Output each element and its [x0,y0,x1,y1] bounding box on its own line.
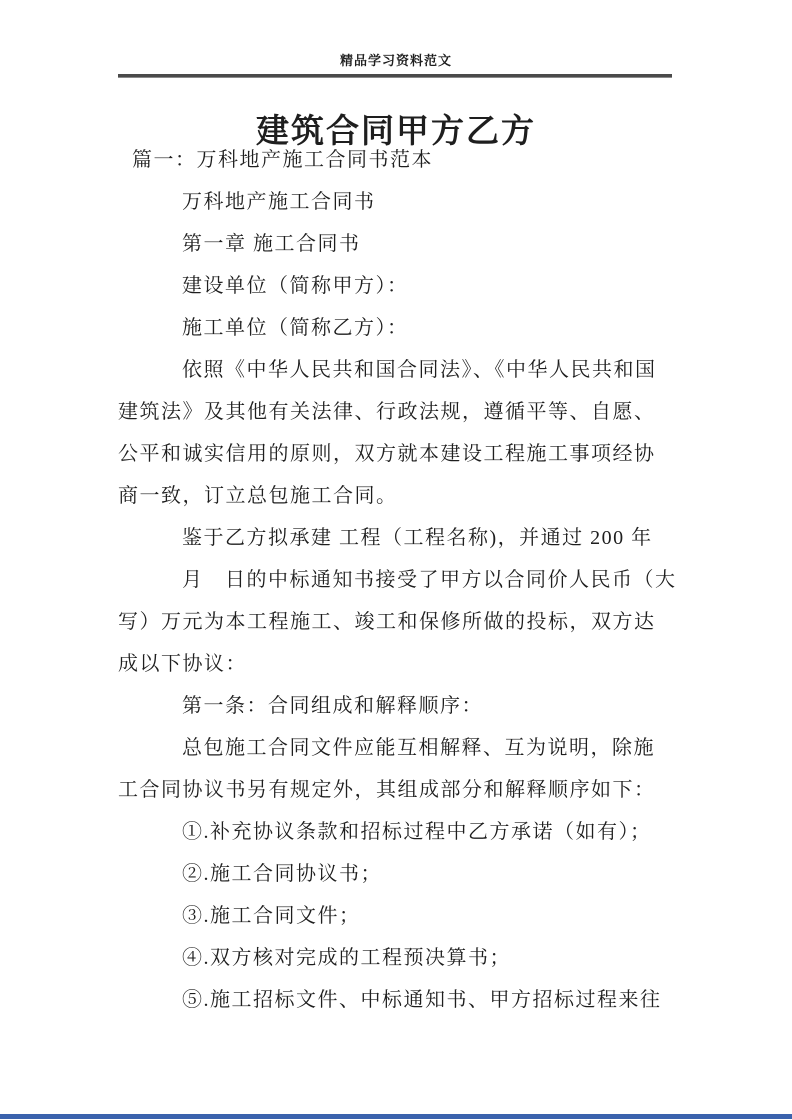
body-line: ③.施工合同文件； [118,895,678,937]
body-line: 工合同协议书另有规定外，其组成部分和解释顺序如下： [118,769,678,811]
body-line: 第一条：合同组成和解释顺序： [118,685,678,727]
body-line: ①.补充协议条款和招标过程中乙方承诺（如有）； [118,811,678,853]
body-line: 公平和诚实信用的原则，双方就本建设工程施工事项经协 [118,433,678,475]
body-line: 施工单位（简称乙方）： [118,307,678,349]
header-rule [118,74,672,78]
document-page: 精品学习资料范文 建筑合同甲方乙方 篇一：万科地产施工合同书范本万科地产施工合同… [0,0,792,1120]
body-line: 建设单位（简称甲方）： [118,265,678,307]
body-line: ⑤.施工招标文件、中标通知书、甲方招标过程来往 [118,979,678,1021]
body-line: 篇一：万科地产施工合同书范本 [118,139,678,181]
document-body: 篇一：万科地产施工合同书范本万科地产施工合同书第一章 施工合同书建设单位（简称甲… [118,139,678,1021]
body-line: 月 日的中标通知书接受了甲方以合同价人民币（大 [118,559,678,601]
body-line: 依照《中华人民共和国合同法》、《中华人民共和国 [118,349,678,391]
body-line: 商一致，订立总包施工合同。 [118,475,678,517]
body-line: ②.施工合同协议书； [118,853,678,895]
body-line: 总包施工合同文件应能互相解释、互为说明，除施 [118,727,678,769]
body-line: ④.双方核对完成的工程预决算书； [118,937,678,979]
page-header-text: 精品学习资料范文 [0,50,792,69]
body-line: 万科地产施工合同书 [118,181,678,223]
body-line: 第一章 施工合同书 [118,223,678,265]
body-line: 写）万元为本工程施工、竣工和保修所做的投标，双方达 [118,601,678,643]
footer-rule [0,1114,792,1119]
body-line: 建筑法》及其他有关法律、行政法规，遵循平等、自愿、 [118,391,678,433]
body-line: 成以下协议： [118,643,678,685]
body-line: 鉴于乙方拟承建 工程（工程名称)，并通过 200 年 [118,517,678,559]
